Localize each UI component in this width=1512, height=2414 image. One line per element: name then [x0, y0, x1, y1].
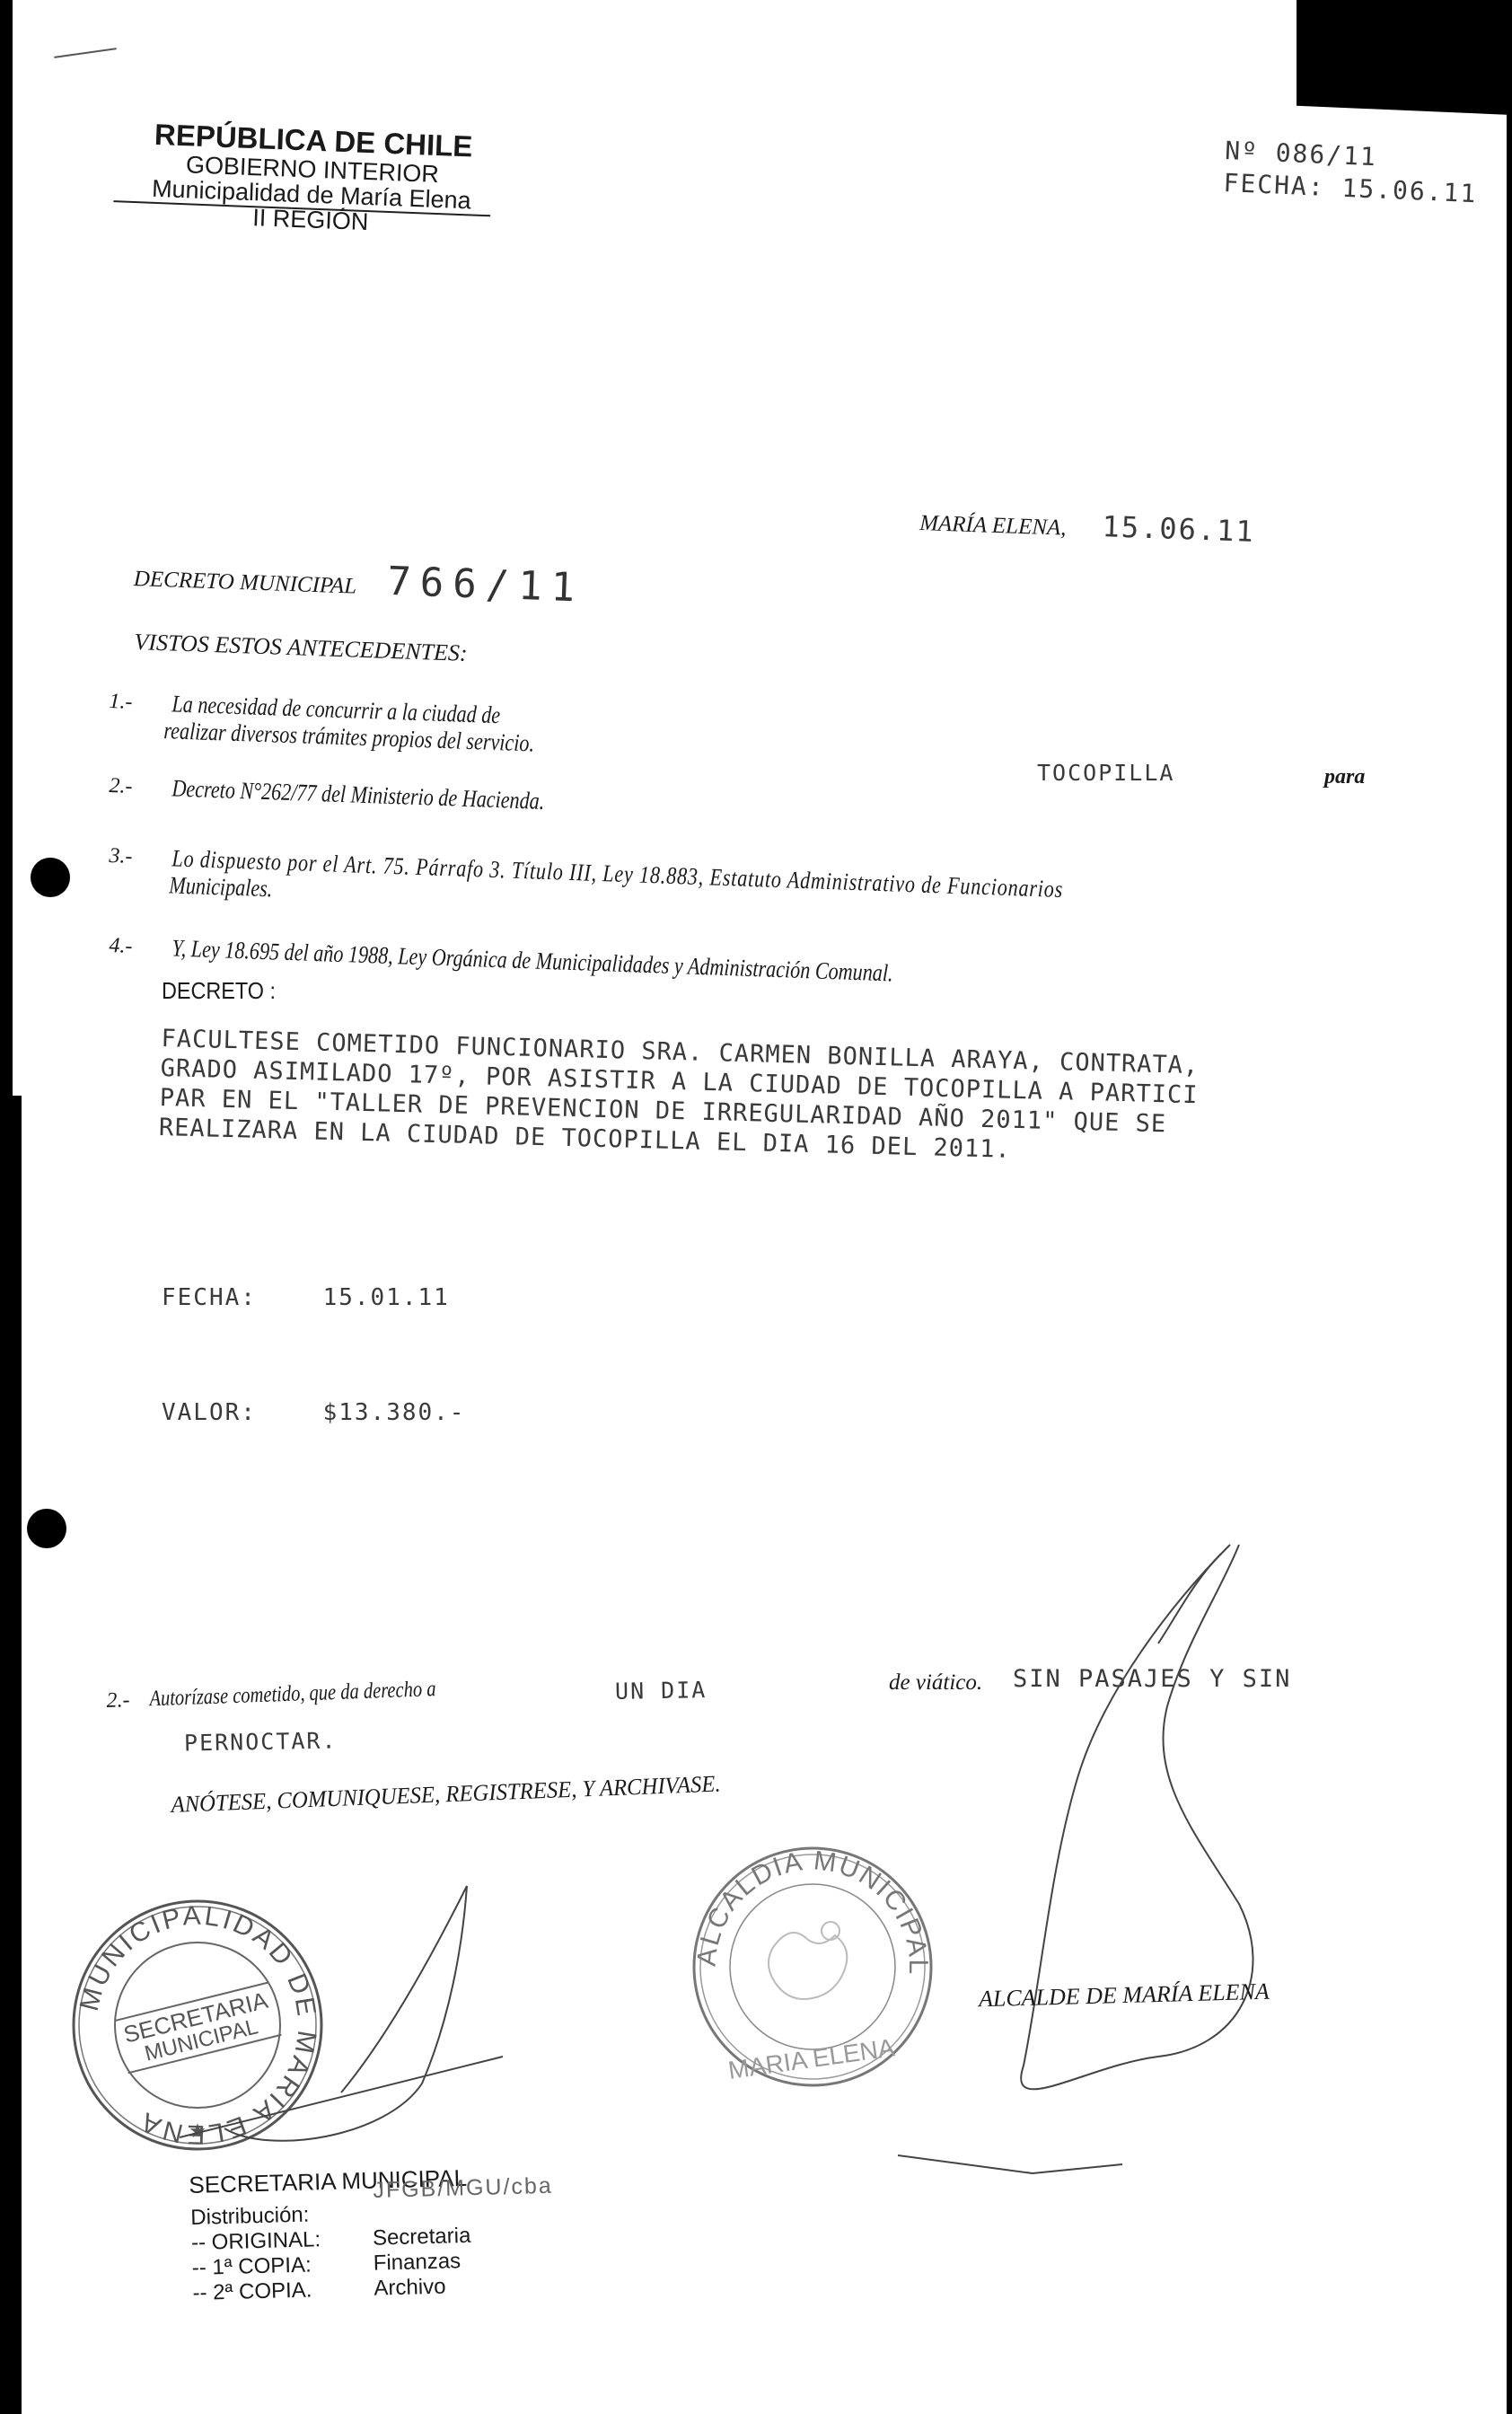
svg-text:ALCALDIA MUNICIPAL: ALCALDIA MUNICIPAL: [692, 1846, 933, 1976]
svg-text:★: ★: [189, 2119, 207, 2142]
viatico-label: de viático.: [889, 1670, 982, 1696]
decree-label: DECRETO MUNICIPAL: [133, 567, 356, 599]
fecha-value: 15.01.11: [323, 1284, 450, 1311]
decreto-heading: DECRETO :: [162, 977, 276, 1005]
svg-text:MARIA ELENA: MARIA ELENA: [726, 2033, 897, 2084]
place-date: MARÍA ELENA, 15.06.11: [919, 503, 1256, 549]
place-label: MARÍA ELENA,: [919, 511, 1067, 541]
fecha-row: FECHA: 15.01.11: [162, 1284, 450, 1311]
distribution-block: Distribución: -- ORIGINAL: Secretaria --…: [190, 2198, 472, 2306]
place-date-value: 15.06.11: [1102, 509, 1255, 549]
scan-border-right: [1507, 0, 1512, 2414]
valor-label: VALOR:: [162, 1399, 257, 1426]
scan-mark: [54, 48, 117, 58]
letterhead: REPÚBLICA DE CHILE GOBIERNO INTERIOR Mun…: [131, 119, 493, 216]
viatico-days: UN DIA: [615, 1677, 708, 1705]
stamp-secretaria-municipal: MUNICIPALIDAD DE MARIA ELENA SECRETARIA …: [63, 1895, 332, 2155]
valor-value: $13.380.-: [323, 1399, 466, 1426]
para-label: para: [1324, 765, 1365, 789]
reference-block: Nº 086/11 FECHA: 15.06.11: [1223, 135, 1480, 211]
fecha-label: FECHA:: [162, 1284, 257, 1311]
scan-corner-top-right: [1297, 0, 1512, 115]
authorization-line: 2.- Autorízase cometido, que da derecho …: [106, 1675, 499, 1714]
conditions-line-1: SIN PASAJES Y SIN: [1013, 1665, 1291, 1693]
alcalde-signature-label: ALCALDE DE MARÍA ELENA: [979, 1978, 1270, 2013]
conditions-line-2: PERNOCTAR.: [184, 1728, 338, 1757]
punch-hole-icon: [27, 1509, 66, 1548]
punch-hole-icon: [31, 858, 70, 897]
valor-row: VALOR: $13.380.-: [162, 1399, 465, 1426]
stamp-alcaldia-municipal: ALCALDIA MUNICIPAL MARIA ELENA: [687, 1841, 938, 2092]
destination-city: TOCOPILLA: [1037, 760, 1174, 786]
vistos-item-2: 2.- Decreto N°262/77 del Ministerio de H…: [109, 774, 133, 799]
vistos-item-3: 3.- Lo dispuesto por el Art. 75. Párrafo…: [109, 844, 133, 869]
closing-formula: ANÓTESE, COMUNIQUESE, REGISTRESE, Y ARCH…: [171, 1769, 750, 1819]
decree-header: DECRETO MUNICIPAL 766/11: [133, 550, 585, 611]
scan-border-left-lower: [0, 1096, 22, 2414]
vistos-item-4: 4.- Y, Ley 18.695 del año 1988, Ley Orgá…: [109, 934, 133, 959]
vistos-heading: VISTOS ESTOS ANTECEDENTES:: [134, 629, 468, 667]
authorization-prefix: Autorízase cometido, que da derecho a: [149, 1677, 436, 1712]
vistos-item-1: 1.- La necesidad de concurrir a la ciuda…: [109, 690, 133, 715]
decree-number: 766/11: [386, 559, 585, 612]
decreto-body: FACULTESE COMETIDO FUNCIONARIO SRA. CARM…: [159, 1024, 1200, 1169]
